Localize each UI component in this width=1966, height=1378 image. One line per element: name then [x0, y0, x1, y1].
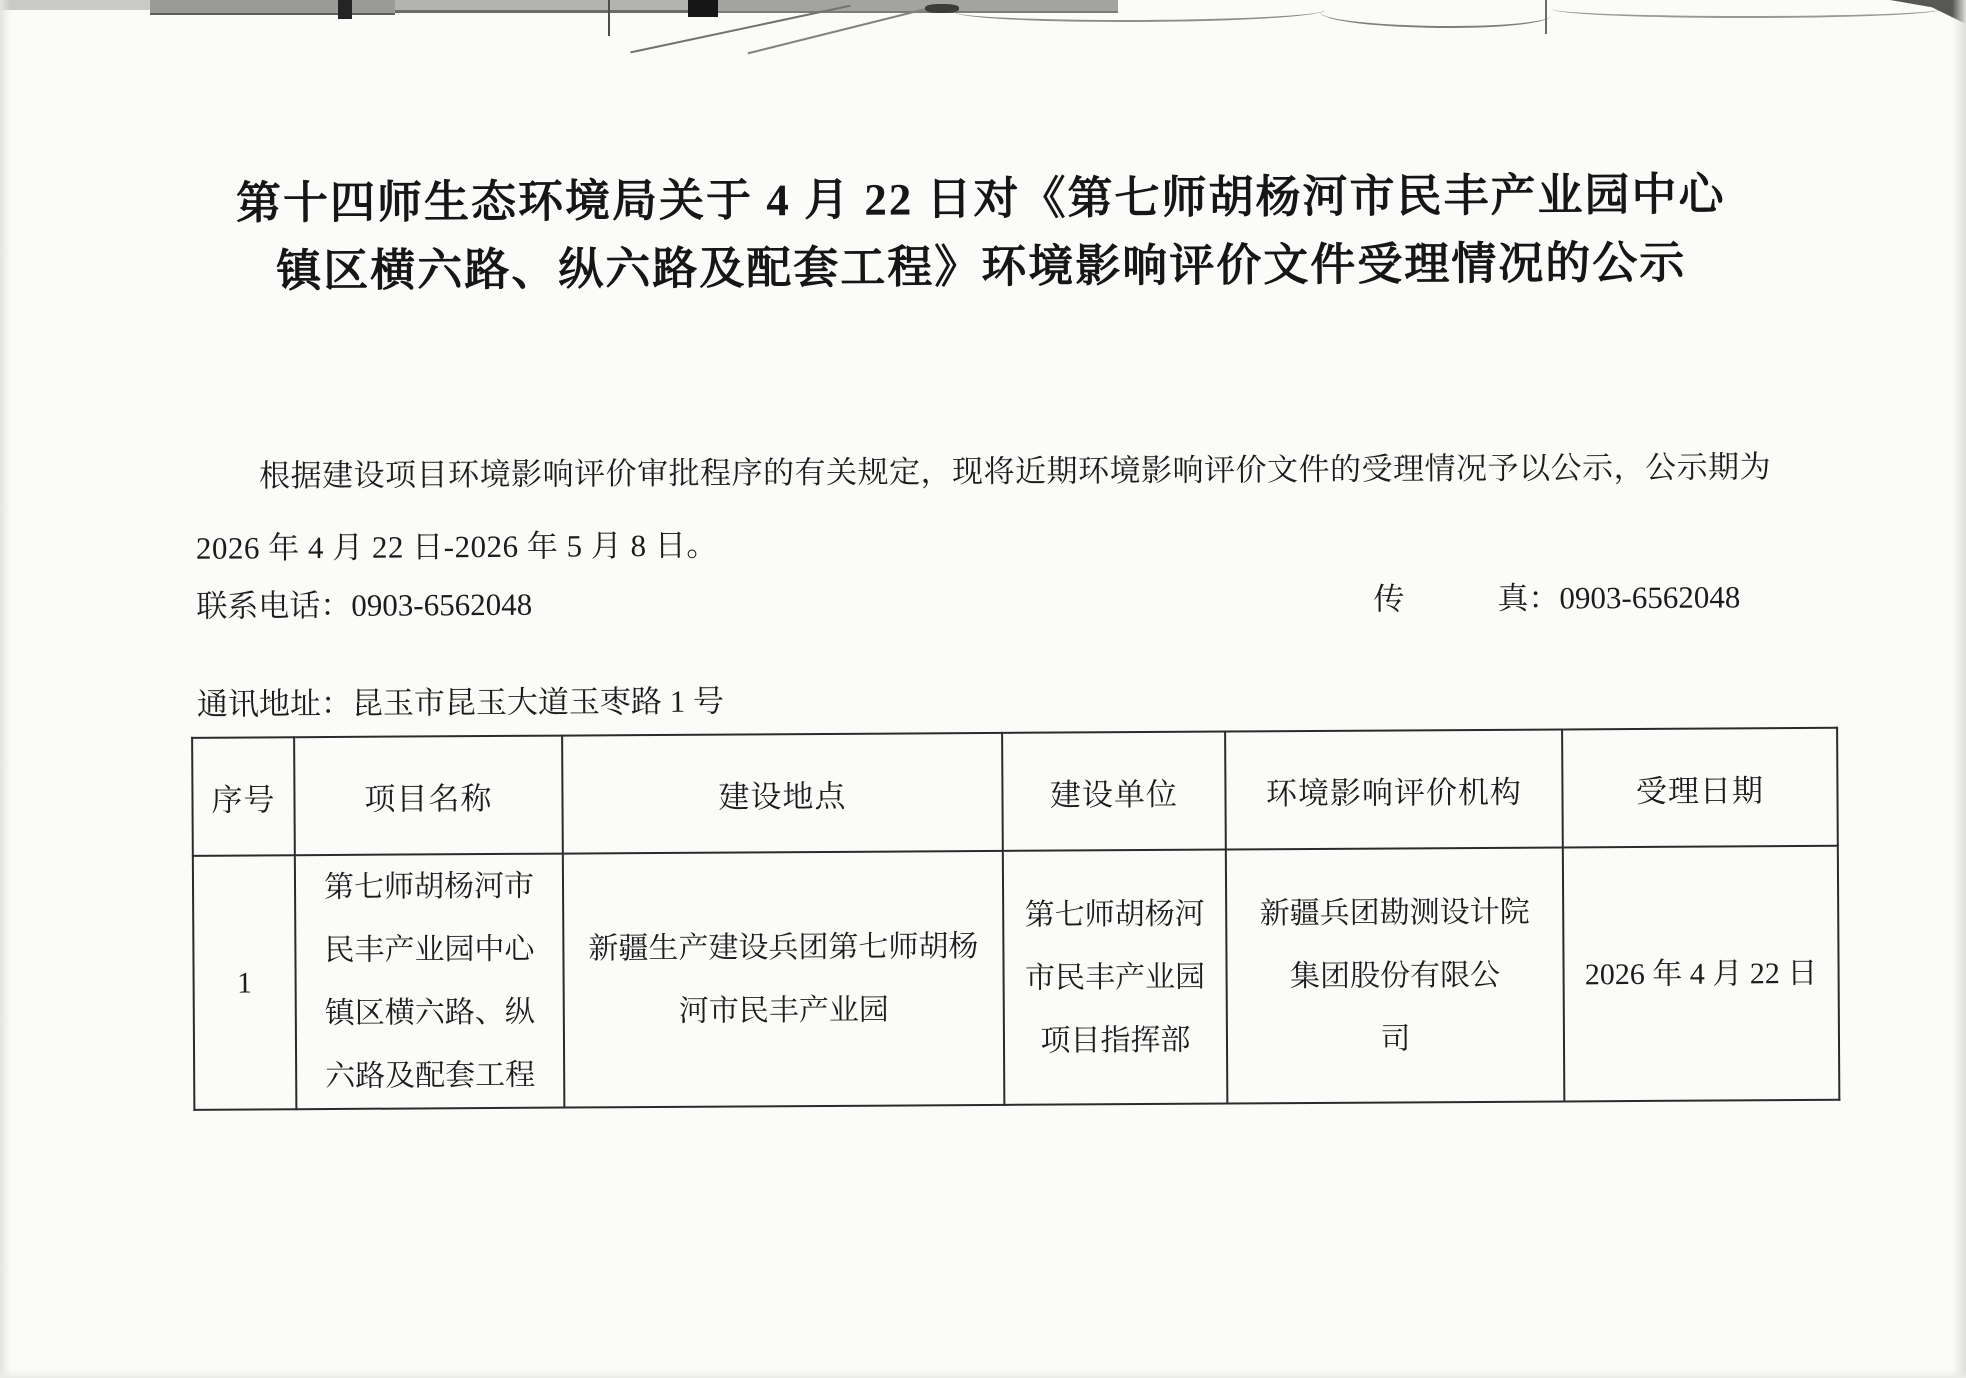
header-location: 建设地点 — [562, 733, 1003, 854]
contact-row: 联系电话：0903-6562048 传 真：0903-6562048 — [196, 575, 1835, 629]
intro-paragraph: 根据建设项目环境影响评价审批程序的有关规定，现将近期环境影响评价文件的受理情况予… — [195, 431, 1826, 585]
mailing-address: 通讯地址：昆玉市昆玉大道玉枣路 1 号 — [197, 673, 1836, 727]
mailing-address-label: 通讯地址： — [197, 686, 352, 722]
table-header-row: 序号 项目名称 建设地点 建设单位 环境影响评价机构 受理日期 — [192, 728, 1838, 856]
contact-phone-number: 0903-6562048 — [351, 587, 532, 623]
page-title: 第十四师生态环境局关于 4 月 22 日对《第七师胡杨河市民丰产业园中心 镇区横… — [68, 159, 1895, 306]
cell-location: 新疆生产建设兵团第七师胡杨 河市民丰产业园 — [563, 851, 1005, 1108]
cell-eia-agency: 新疆兵团勘测设计院 集团股份有限公 司 — [1226, 847, 1565, 1103]
page-title-line1: 第十四师生态环境局关于 4 月 22 日对《第七师胡杨河市民丰产业园中心 — [68, 159, 1894, 238]
contact-fax: 传 真：0903-6562048 — [1373, 575, 1740, 621]
document-content: 第十四师生态环境局关于 4 月 22 日对《第七师胡杨河市民丰产业园中心 镇区横… — [0, 0, 1966, 1112]
header-index: 序号 — [192, 737, 295, 856]
cell-accept-date: 2026 年 4 月 22 日 — [1563, 846, 1840, 1102]
intro-paragraph-line1: 根据建设项目环境影响评价审批程序的有关规定，现将近期环境影响评价文件的受理情况予… — [195, 431, 1825, 513]
header-builder: 建设单位 — [1002, 732, 1226, 851]
header-project-name: 项目名称 — [294, 736, 563, 856]
contact-phone: 联系电话：0903-6562048 — [196, 583, 532, 629]
contact-fax-label: 传 真： — [1373, 580, 1559, 616]
mailing-address-value: 昆玉市昆玉大道玉枣路 1 号 — [352, 684, 724, 721]
page-title-line2: 镇区横六路、纵六路及配套工程》环境影响评价文件受理情况的公示 — [68, 227, 1894, 306]
acceptance-table: 序号 项目名称 建设地点 建设单位 环境影响评价机构 受理日期 1 第七师胡杨河… — [191, 727, 1840, 1111]
intro-paragraph-line2: 2026 年 4 月 22 日-2026 年 5 月 8 日。 — [196, 503, 1826, 585]
cell-index: 1 — [193, 855, 297, 1110]
header-eia-agency: 环境影响评价机构 — [1225, 729, 1563, 849]
table-row: 1 第七师胡杨河市 民丰产业园中心 镇区横六路、纵 六路及配套工程 新疆生产建设… — [193, 846, 1840, 1110]
contact-phone-label: 联系电话： — [196, 588, 351, 624]
header-accept-date: 受理日期 — [1562, 728, 1838, 848]
scan-edge-bottom — [0, 1370, 1966, 1378]
scan-edge-left — [0, 0, 11, 1378]
cell-project-name: 第七师胡杨河市 民丰产业园中心 镇区横六路、纵 六路及配套工程 — [295, 854, 565, 1110]
scan-edge-right — [1952, 0, 1966, 1378]
cell-builder: 第七师胡杨河 市民丰产业园 项目指挥部 — [1003, 850, 1228, 1105]
contact-fax-number: 0903-6562048 — [1559, 579, 1740, 615]
